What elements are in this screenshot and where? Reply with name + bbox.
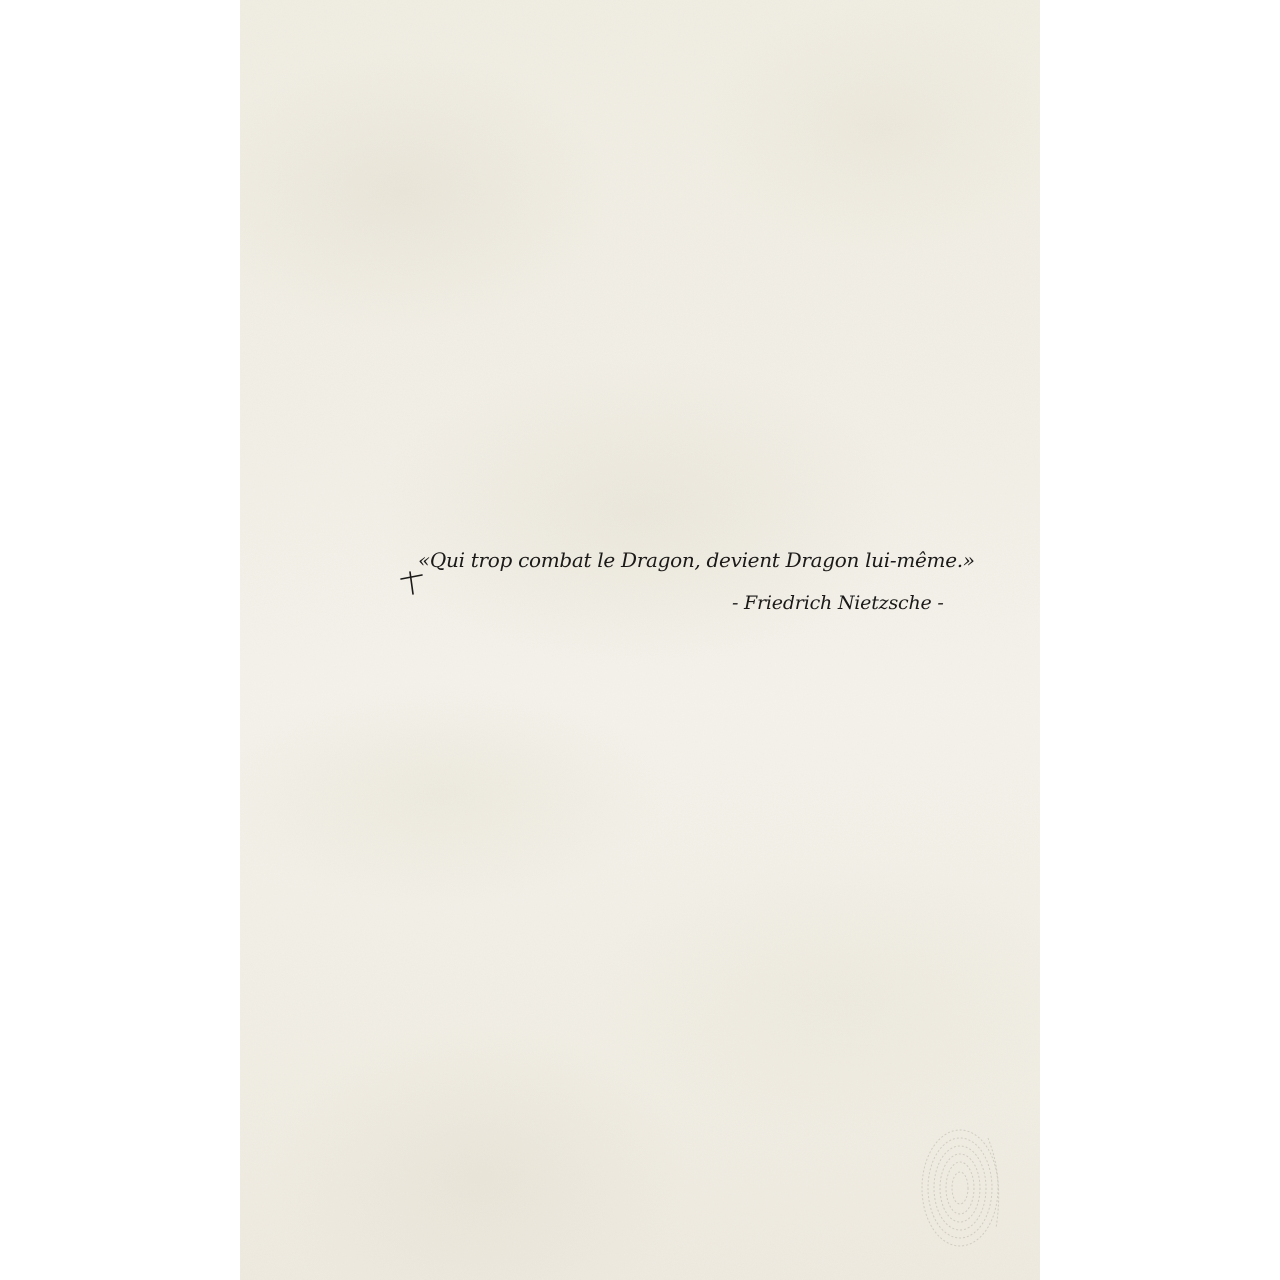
parchment-paper [240, 0, 1040, 1280]
paper-texture [240, 0, 1040, 1280]
cross-icon [400, 570, 424, 596]
quote-block: «Qui trop combat le Dragon, devient Drag… [400, 548, 960, 638]
quote-text: «Qui trop combat le Dragon, devient Drag… [418, 548, 975, 572]
page-canvas: «Qui trop combat le Dragon, devient Drag… [0, 0, 1280, 1280]
fingerprint-icon [918, 1118, 1008, 1258]
quote-attribution: - Friedrich Nietzsche - [732, 592, 944, 614]
